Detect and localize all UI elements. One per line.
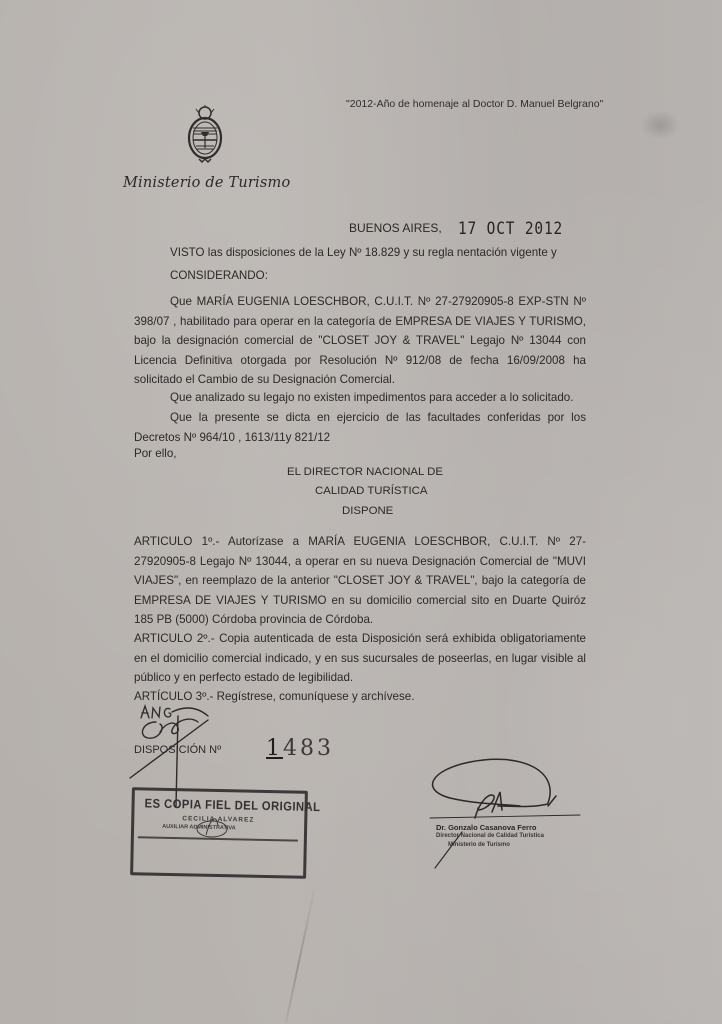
article-3: ARTÍCULO 3º.- Regístrese, comuníquese y …	[134, 687, 586, 707]
year-motto: "2012-Año de homenaje al Doctor D. Manue…	[346, 98, 603, 110]
considerando-heading: CONSIDERANDO:	[170, 269, 268, 282]
disposition-label: DISPOSICIÓN Nº	[134, 744, 221, 756]
stamp-official-name: CECILIA ALVAREZ	[182, 815, 254, 824]
stamp-official-role: AUXILIAR ADMINISTRATIVA	[162, 824, 236, 832]
disposition-number-first-digit: 1	[266, 736, 283, 761]
signatory-name: Dr. Gonzalo Casanova Ferro	[436, 823, 536, 832]
consideration-3: Que la presente se dicta en ejercicio de…	[134, 408, 586, 447]
disposition-number: 1483	[266, 736, 334, 761]
certified-copy-stamp: ES COPIA FIEL DEL ORIGINAL CECILIA ALVAR…	[130, 787, 308, 879]
consideration-1: Que MARÍA EUGENIA LOESCHBOR, C.U.I.T. Nº…	[134, 292, 586, 390]
authority-line-2: CALIDAD TURÍSTICA	[315, 485, 427, 497]
article-1: ARTICULO 1º.- Autorízase a MARÍA EUGENIA…	[134, 532, 586, 630]
argentina-coat-of-arms-icon	[182, 104, 228, 166]
disposition-number-rest: 483	[283, 736, 334, 761]
ministry-name: Ministerio de Turismo	[123, 175, 290, 191]
stamp-rule	[138, 836, 298, 841]
authority-line-1: EL DIRECTOR NACIONAL DE	[287, 466, 443, 478]
city-label: BUENOS AIRES,	[349, 221, 442, 235]
por-ello: Por ello,	[134, 447, 177, 460]
stamp-title: ES COPIA FIEL DEL ORIGINAL	[144, 796, 320, 814]
signatory-title: Director Nacional de Calidad Turística	[436, 833, 544, 839]
visto-clause: VISTO las disposiciones de la Ley Nº 18.…	[170, 246, 557, 259]
article-2: ARTICULO 2º.- Copia autenticada de esta …	[134, 629, 586, 688]
paper-stain	[640, 110, 680, 140]
consideration-2: Que analizado su legajo no existen imped…	[134, 388, 586, 408]
signatory-org: Ministerio de Turismo	[448, 842, 510, 848]
authority-line-3: DISPONE	[342, 505, 393, 517]
date-stamp: 17 OCT 2012	[458, 219, 563, 239]
